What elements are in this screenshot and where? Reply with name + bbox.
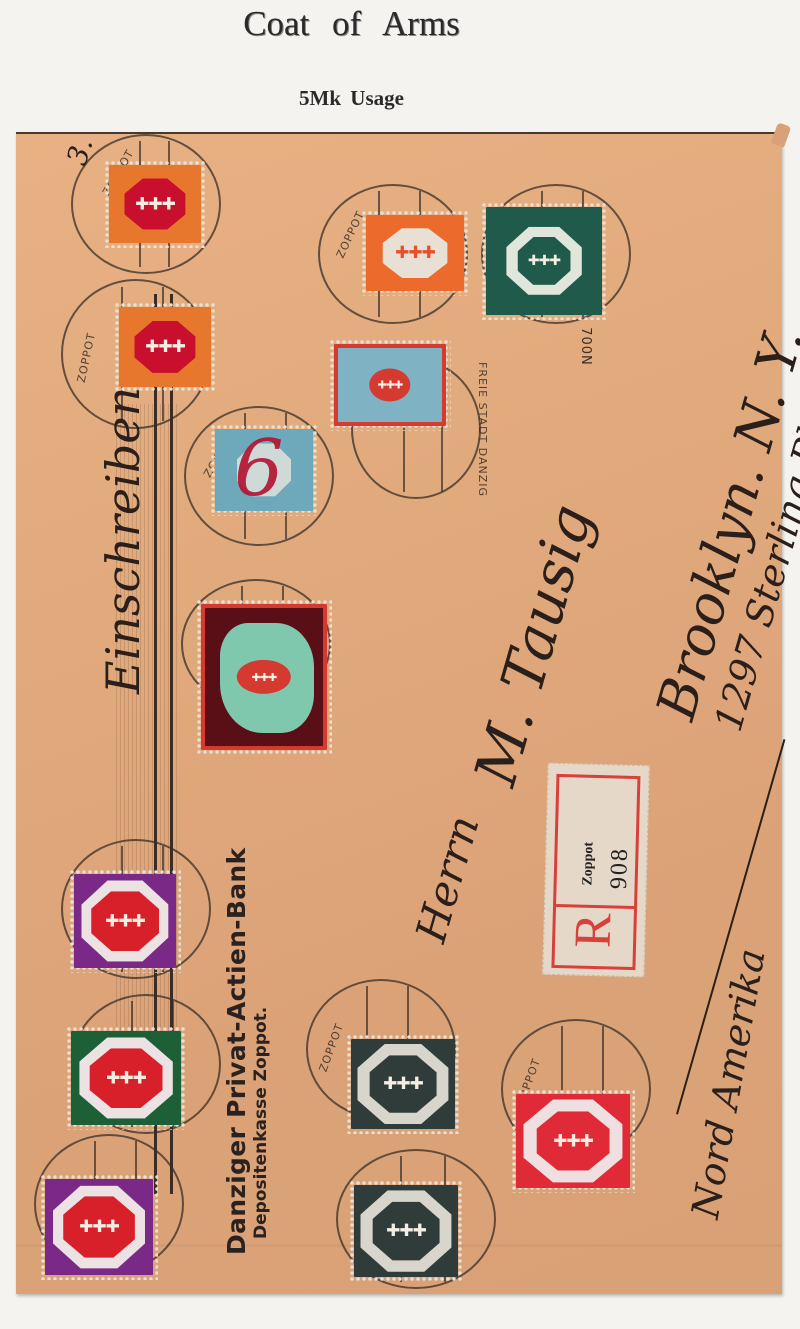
- page-subtitle: 5Mk Usage: [0, 86, 703, 111]
- sender-imprint: Danziger Privat-Actien-Bank Depositenkas…: [222, 848, 271, 1255]
- stamp: ✚✚✚: [40, 1174, 158, 1280]
- stamp: ✚✚✚: [361, 210, 469, 296]
- stamp: ✚✚✚: [511, 1089, 635, 1193]
- registration-number: 908: [606, 847, 634, 890]
- registration-note: Einschreiben: [96, 387, 150, 694]
- stamp: ✚✚✚: [349, 1180, 463, 1282]
- stamp: ✚✚✚: [346, 1034, 460, 1134]
- recipient-name: M. Tausig: [461, 497, 606, 792]
- stamp: ✚✚✚: [196, 599, 332, 755]
- stamp: ✚✚✚: [66, 1026, 186, 1130]
- marginal-mark: 700N: [578, 327, 593, 366]
- stamp: ✚✚✚: [114, 302, 216, 392]
- sender-branch: Depositenkasse Zoppot.: [251, 848, 271, 1239]
- stamp: 6: [210, 424, 318, 516]
- registration-label: R Zoppot 908: [542, 763, 650, 978]
- stamp: ✚✚✚: [329, 339, 451, 431]
- sender-bank-name: Danziger Privat-Actien-Bank: [222, 848, 251, 1255]
- salutation: Herrn: [406, 810, 489, 947]
- stamp: ✚✚✚: [104, 160, 206, 248]
- torn-corner: [771, 122, 792, 147]
- recipient-country: Nord Amerika: [683, 945, 774, 1221]
- registration-letter: R: [563, 904, 623, 958]
- stamp: ✚✚✚: [481, 202, 607, 320]
- registration-office: Zoppot: [580, 842, 597, 886]
- stamp: ✚✚✚: [69, 869, 181, 973]
- page-title: Coat of Arms: [0, 4, 703, 44]
- envelope: ZOPPOT ZOPPOT ZOPPOT ZOPPOT FREIE STADT …: [16, 132, 782, 1294]
